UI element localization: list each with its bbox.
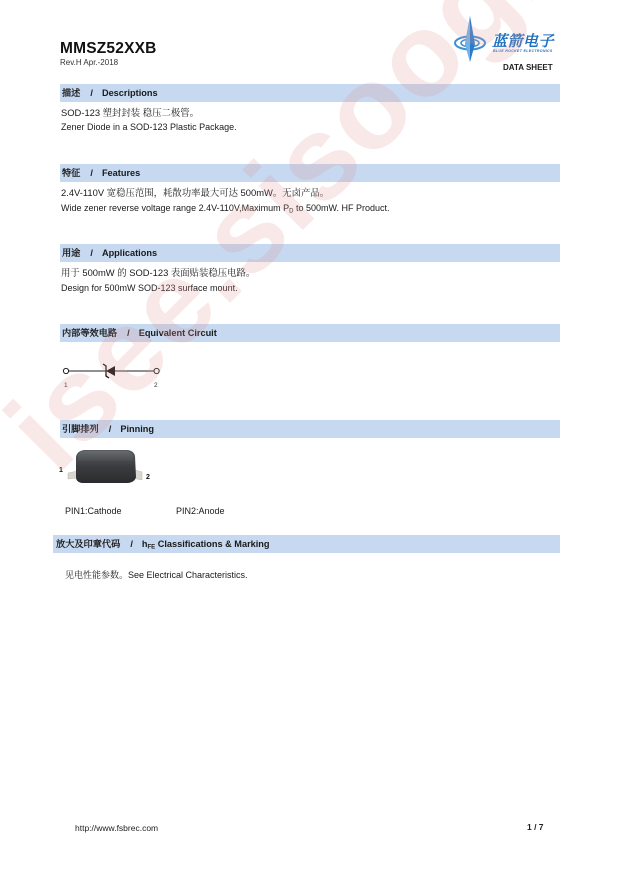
marking-text: 见电性能参数。See Electrical Characteristics. (65, 568, 248, 581)
features-text-suffix: to 500mW. HF Product. (293, 203, 389, 213)
section-separator: / (90, 84, 93, 102)
section-separator: / (90, 164, 93, 182)
section-title-cn: 特征 (60, 168, 80, 178)
brand-name-en: BLUE ROCKET ELECTRONICS (493, 49, 553, 53)
section-header-applications: 用途/Applications (60, 244, 560, 262)
features-text-prefix: Wide zener reverse voltage range 2.4V-11… (61, 203, 289, 213)
section-title-cn: 放大及印章代码 (53, 539, 120, 549)
section-header-features: 特征/Features (60, 164, 560, 182)
section-separator: / (127, 324, 130, 342)
section-header-marking: 放大及印章代码/hFE Classifications & Marking (53, 535, 560, 553)
applications-line-cn: 用于 500mW 的 SOD-123 表面贴装稳压电路。 (61, 265, 255, 279)
section-header-descriptions: 描述/Descriptions (60, 84, 560, 102)
description-line-cn: SOD-123 塑封封装 稳压二极管。 (61, 105, 199, 119)
doc-type-label: DATA SHEET (503, 63, 553, 72)
section-title-cn: 引脚排列 (60, 424, 99, 434)
section-title-en: Features (102, 168, 140, 178)
company-logo: 蓝箭电子 BLUE ROCKET ELECTRONICS DATA SHEET (452, 16, 567, 76)
pin2-description: PIN2:Anode (176, 506, 225, 516)
features-line-cn: 2.4V-110V 宽稳压范围，耗散功率最大可达 500mW。无卤产品。 (61, 185, 329, 199)
package-image: 1 2 (62, 447, 162, 487)
applications-line-en: Design for 500mW SOD-123 surface mount. (61, 283, 238, 293)
circuit-pin-2: 2 (154, 382, 158, 389)
description-line-en: Zener Diode in a SOD-123 Plastic Package… (61, 122, 237, 132)
section-title-cn: 描述 (60, 88, 80, 98)
features-line-en: Wide zener reverse voltage range 2.4V-11… (61, 203, 390, 215)
document-title: MMSZ52XXB (60, 40, 157, 58)
section-title-cn: 内部等效电路 (60, 328, 117, 338)
section-header-equivalent-circuit: 内部等效电路/Equivalent Circuit (60, 324, 560, 342)
section-separator: / (130, 535, 133, 553)
brand-name-cn: 蓝箭电子 (492, 30, 554, 51)
section-title-en-suffix: Classifications & Marking (155, 539, 269, 549)
package-pin-1-label: 1 (59, 467, 63, 474)
pin1-description: PIN1:Cathode (65, 506, 122, 516)
footer-website-link[interactable]: http://www.fsbrec.com (75, 823, 158, 833)
section-title-cn: 用途 (60, 248, 80, 258)
section-title-en: Pinning (120, 424, 154, 434)
section-title-en: Descriptions (102, 88, 158, 98)
page-number: 1 / 7 (527, 822, 544, 832)
equivalent-circuit-diagram: 1 2 (60, 360, 180, 390)
package-pin-2-label: 2 (146, 474, 150, 481)
section-separator: / (90, 244, 93, 262)
zener-diode-symbol-icon (60, 360, 180, 382)
revision-label: Rev.H Apr.-2018 (60, 58, 118, 67)
section-separator: / (109, 420, 112, 438)
circuit-pin-1: 1 (64, 382, 68, 389)
section-title-en: Applications (102, 248, 157, 258)
sod-123-package-icon (62, 447, 162, 487)
section-header-pinning: 引脚排列/Pinning (60, 420, 560, 438)
section-title-en: Equivalent Circuit (139, 328, 217, 338)
